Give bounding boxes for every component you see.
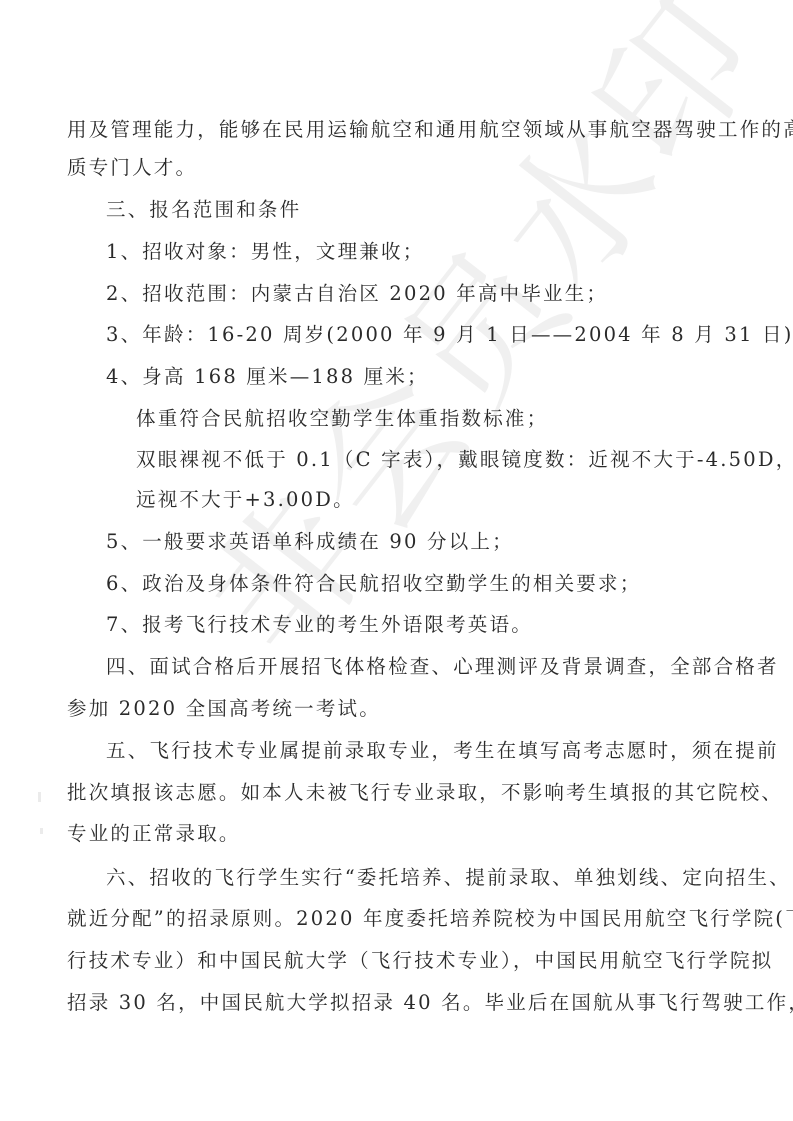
document-page: 非会员水印 用及管理能力，能够在民用运输航空和通用航空领域从事航空器驾驶工作的高… xyxy=(0,0,793,1121)
paragraph-line: 质专门人才。 xyxy=(67,156,197,180)
paragraph-line: 用及管理能力，能够在民用运输航空和通用航空领域从事航空器驾驶工作的高素 xyxy=(67,118,793,142)
paragraph-line: 参加 2020 全国高考统一考试。 xyxy=(67,697,381,721)
list-subitem: 远视不大于+3.00D。 xyxy=(136,488,355,512)
paragraph-line: 就近分配”的招录原则。2020 年度委托培养院校为中国民用航空飞行学院(飞 xyxy=(67,907,793,931)
list-subitem: 双眼裸视不低于 0.1（C 字表），戴眼镜度数：近视不大于-4.50D， xyxy=(136,448,793,472)
list-item: 5、一般要求英语单科成绩在 90 分以上； xyxy=(106,530,514,554)
section-paragraph: 六、招收的飞行学生实行“委托培养、提前录取、单独划线、定向招生、 xyxy=(106,866,791,890)
list-item: 3、年龄：16-20 周岁(2000 年 9 月 1 日——2004 年 8 月… xyxy=(106,323,793,347)
scan-artifact xyxy=(40,828,43,834)
list-subitem: 体重符合民航招收空勤学生体重指数标准； xyxy=(136,407,548,431)
paragraph-line: 批次填报该志愿。如本人未被飞行专业录取，不影响考生填报的其它院校、 xyxy=(67,781,783,805)
section-paragraph: 四、面试合格后开展招飞体格检查、心理测评及背景调查，全部合格者 xyxy=(106,655,779,679)
list-item: 4、身高 168 厘米—188 厘米； xyxy=(106,365,429,389)
paragraph-line: 招录 30 名，中国民航大学拟招录 40 名。毕业后在国航从事飞行驾驶工作， xyxy=(67,991,793,1015)
list-item: 2、招收范围：内蒙古自治区 2020 年高中毕业生； xyxy=(106,282,608,306)
list-item: 6、政治及身体条件符合民航招收空勤学生的相关要求； xyxy=(106,572,641,596)
paragraph-line: 行技术专业）和中国民航大学（飞行技术专业），中国民用航空飞行学院拟 xyxy=(67,949,773,973)
list-item: 7、报考飞行技术专业的考生外语限考英语。 xyxy=(106,613,533,637)
section-paragraph: 五、飞行技术专业属提前录取专业，考生在填写高考志愿时，须在提前 xyxy=(106,739,779,763)
scan-artifact xyxy=(38,792,41,802)
list-item: 1、招收对象：男性，文理兼收； xyxy=(106,240,424,264)
paragraph-line: 专业的正常录取。 xyxy=(67,822,241,846)
section-heading: 三、报名范围和条件 xyxy=(106,198,301,222)
